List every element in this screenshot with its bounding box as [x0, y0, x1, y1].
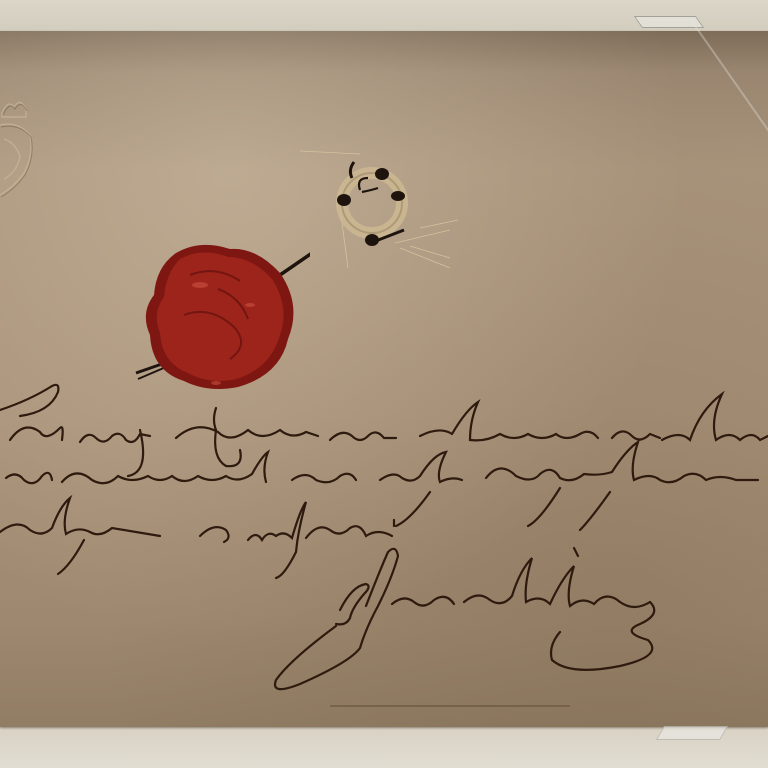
- mounting-tape-bottom: [656, 726, 728, 740]
- paper-crease: [330, 705, 570, 707]
- mount-board-bottom: [0, 726, 768, 768]
- wax-seal-icon: [130, 235, 310, 395]
- hair-lock-icon: [300, 148, 460, 278]
- embossed-crest-icon: [0, 95, 36, 215]
- handwritten-text: [0, 380, 768, 700]
